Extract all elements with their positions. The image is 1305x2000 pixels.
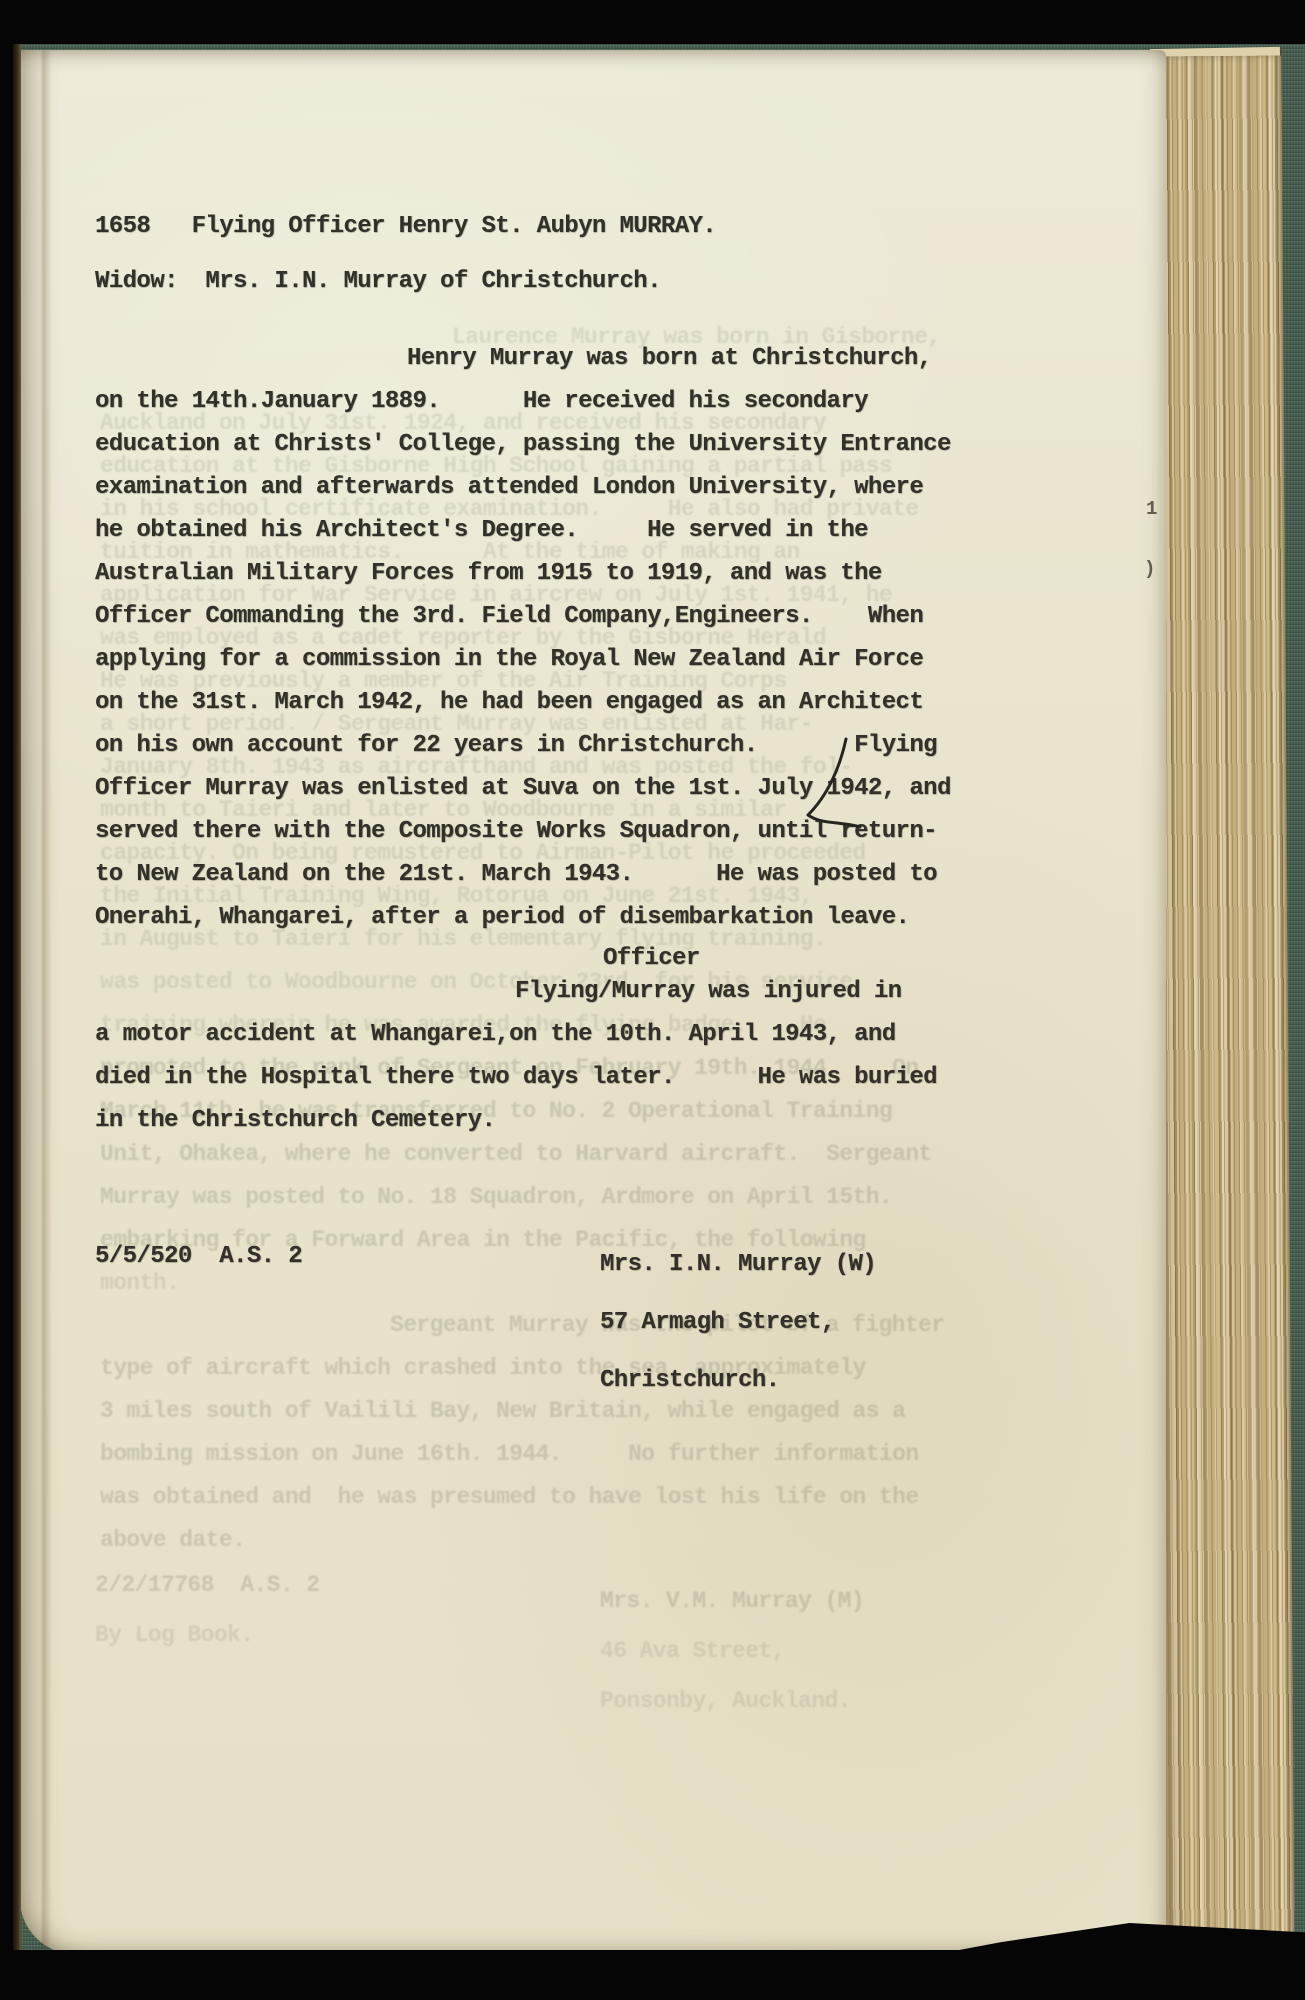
photo-background-bottom	[0, 1950, 1305, 2000]
book-page	[20, 50, 1166, 1954]
photo-background-top	[0, 0, 1305, 44]
page-stack-fore-edge	[1151, 56, 1294, 1973]
spine-edge	[13, 44, 21, 1974]
scanned-book-photo: Laurence Murray was born in Gisborne,Auc…	[0, 0, 1305, 2000]
page-gutter-shadow	[42, 50, 51, 1950]
handwritten-insert-mark	[800, 733, 864, 837]
photo-background-left	[0, 0, 14, 2000]
